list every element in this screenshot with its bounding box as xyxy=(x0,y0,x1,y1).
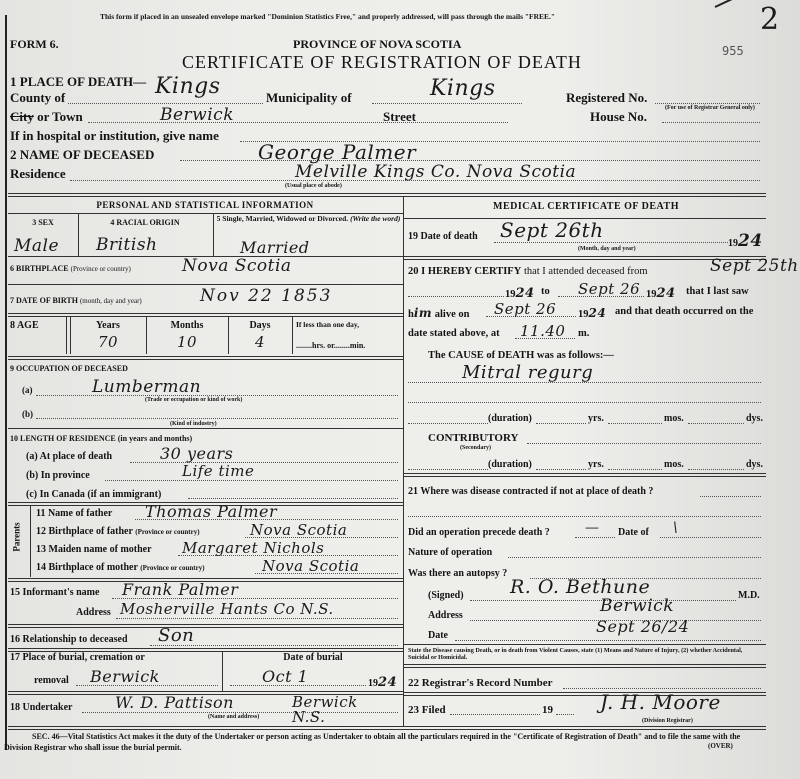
undertaker-address-field[interactable]: Berwick N.S. xyxy=(292,695,382,725)
mos-label-2: mos. xyxy=(664,459,684,470)
medical-section-title: MEDICAL CERTIFICATE OF DEATH xyxy=(406,201,766,212)
occupation-trade-field[interactable]: Lumberman xyxy=(92,377,201,397)
municipality-field[interactable]: Kings xyxy=(430,76,496,101)
registered-no-field[interactable] xyxy=(655,103,760,104)
less-than-day-label: If less than one day, xyxy=(296,320,359,329)
county-label: County of xyxy=(10,90,65,106)
mother-maiden-field[interactable]: Margaret Nichols xyxy=(182,539,324,557)
attended-to-field[interactable]: Sept 26 xyxy=(578,280,640,298)
mother-maiden-label: 13 Maiden name of mother xyxy=(36,544,152,555)
birthplace-field[interactable]: Nova Scotia xyxy=(182,256,292,276)
occupation-b-note: (Kind of industry) xyxy=(170,421,217,427)
occupation-a-note: (Trade or occupation or kind of work) xyxy=(145,397,242,403)
contributory-duration-years-field[interactable] xyxy=(536,469,586,470)
county-field[interactable]: Kings xyxy=(155,74,221,99)
months-label: Months xyxy=(148,320,226,331)
mos-label-1: mos. xyxy=(664,413,684,424)
age-months-field[interactable]: 10 xyxy=(148,333,226,351)
record-number-field[interactable] xyxy=(563,688,761,689)
marital-status-label: 5 Single, Married, Widowed or Divorced. … xyxy=(216,214,401,223)
burial-year-field[interactable]: 1924 xyxy=(368,675,397,690)
physician-address-field[interactable]: Berwick xyxy=(600,596,674,616)
residence-length-label: 10 LENGTH OF RESIDENCE (in years and mon… xyxy=(10,434,192,443)
registered-no-label: Registered No. xyxy=(566,90,647,106)
sec46-notice: SEC. 46—Vital Statistics Act makes it th… xyxy=(4,731,764,753)
operation-label: Did an operation precede death ? xyxy=(408,527,550,538)
parents-side-label: Parents xyxy=(12,522,22,551)
page-title: CERTIFICATE OF REGISTRATION OF DEATH xyxy=(182,52,582,73)
cause-duration-months-field[interactable] xyxy=(608,423,662,424)
cause-duration-days-field[interactable] xyxy=(688,423,744,424)
burial-place-label: 17 Place of burial, cremation or xyxy=(10,652,145,663)
removal-label: removal xyxy=(34,675,69,686)
duration-label-2: (duration) xyxy=(488,459,532,470)
occupation-industry-field[interactable] xyxy=(36,418,398,419)
contributory-note: (Secondary) xyxy=(460,445,491,451)
relationship-field[interactable]: Son xyxy=(158,625,194,646)
occurred-label: and that death occurred on the xyxy=(615,306,753,317)
death-certificate: This form if placed in an unsealed envel… xyxy=(0,0,800,779)
undertaker-label: 18 Undertaker xyxy=(10,702,73,713)
burial-place-field[interactable]: Berwick xyxy=(90,667,160,686)
over-label: (OVER) xyxy=(708,742,733,750)
in-province-label: (b) In province xyxy=(26,470,90,481)
mother-birthplace-field[interactable]: Nova Scotia xyxy=(262,557,359,575)
racial-origin-label: 4 RACIAL ORIGIN xyxy=(80,218,210,227)
father-name-field[interactable]: Thomas Palmer xyxy=(145,502,277,521)
physician-address-label: Address xyxy=(428,610,463,621)
signed-label: (Signed) xyxy=(428,590,464,601)
dob-field[interactable]: Nov 22 1853 xyxy=(200,286,332,306)
age-days-field[interactable]: 4 xyxy=(230,333,290,351)
date-of-death-label: 19 Date of death xyxy=(408,231,478,242)
physician-signature-field[interactable]: R. O. Bethune xyxy=(510,576,650,598)
him-label: him alive on xyxy=(408,306,469,320)
filed-label: 23 Filed xyxy=(408,704,446,716)
m-label: m. xyxy=(578,328,589,339)
informant-name-label: 15 Informant's name xyxy=(10,587,99,598)
at-place-label: (a) At place of death xyxy=(26,451,112,462)
dys-label-2: dys. xyxy=(746,459,763,470)
in-canada-field[interactable] xyxy=(188,498,398,499)
burial-date-field[interactable]: Oct 1 xyxy=(262,667,308,686)
cause-duration-years-field[interactable] xyxy=(536,423,586,424)
sex-field[interactable]: Male xyxy=(14,236,59,256)
occupation-label: 9 OCCUPATION OF DECEASED xyxy=(10,364,128,373)
years-label: Years xyxy=(72,320,144,331)
alive-on-year-field[interactable]: 1924 xyxy=(578,306,606,320)
filed-year-prefix: 19 xyxy=(542,704,553,716)
alive-on-field[interactable]: Sept 26 xyxy=(494,300,556,318)
municipality-label: Municipality of xyxy=(266,90,352,106)
mother-birthplace-label: 14 Birthplace of mother (Province or cou… xyxy=(36,562,205,573)
relationship-label: 16 Relationship to deceased xyxy=(10,634,128,645)
name-field[interactable]: George Palmer xyxy=(258,140,416,164)
street-label: Street xyxy=(383,109,416,125)
left-border xyxy=(5,15,7,750)
hrs-min-field[interactable]: ........hrs. or........min. xyxy=(296,341,365,350)
operation-date-label: Date of xyxy=(618,527,649,538)
marital-status-field[interactable]: Married xyxy=(240,238,310,257)
house-no-field[interactable] xyxy=(662,122,760,123)
attended-from-field[interactable]: Sept 25th xyxy=(710,256,799,276)
form-number: FORM 6. xyxy=(10,37,59,52)
record-number-label: 22 Registrar's Record Number xyxy=(408,677,553,689)
burial-date-label: Date of burial xyxy=(224,652,402,663)
in-canada-label: (c) In Canada (if an immigrant) xyxy=(26,489,161,500)
filed-year-field[interactable] xyxy=(556,714,574,715)
physician-date-field[interactable]: Sept 26/24 xyxy=(596,617,689,636)
name-label: 2 NAME OF DECEASED xyxy=(10,147,154,163)
age-label: 8 AGE xyxy=(10,320,39,331)
city-label: City or Town xyxy=(10,109,83,125)
date-of-death-note: (Month, day and year) xyxy=(578,246,636,252)
province-heading: PROVINCE OF NOVA SCOTIA xyxy=(293,37,461,52)
racial-origin-field[interactable]: British xyxy=(96,235,158,255)
md-label: M.D. xyxy=(738,590,760,601)
father-birthplace-field[interactable]: Nova Scotia xyxy=(250,521,347,539)
handwritten-mark: 2 xyxy=(760,2,780,37)
contracted-field[interactable] xyxy=(408,516,761,517)
dob-label: 7 DATE OF BIRTH (month, day and year) xyxy=(10,296,142,305)
birthplace-label: 6 BIRTHPLACE (Province or country) xyxy=(10,264,131,273)
undertaker-name-field[interactable]: W. D. Pattison xyxy=(115,693,234,712)
house-no-label: House No. xyxy=(590,109,647,125)
residence-field[interactable]: Melville Kings Co. Nova Scotia xyxy=(295,162,576,182)
contributory-duration-months-field[interactable] xyxy=(608,469,662,470)
time-of-death-field[interactable]: 11.40 xyxy=(520,322,565,340)
personal-section-title: PERSONAL AND STATISTICAL INFORMATION xyxy=(10,200,400,210)
residence-note: (Usual place of abode) xyxy=(285,183,342,189)
registrar-signature-field[interactable]: J. H. Moore xyxy=(600,690,721,714)
informant-name-field[interactable]: Frank Palmer xyxy=(122,580,238,599)
contracted-label: 21 Where was disease contracted if not a… xyxy=(408,486,653,497)
yrs-label-1: yrs. xyxy=(588,413,604,424)
physician-date-label: Date xyxy=(428,630,448,641)
yrs-label-2: yrs. xyxy=(588,459,604,470)
contributory-duration-days-field[interactable] xyxy=(688,469,744,470)
arrow-mark xyxy=(715,0,793,8)
informant-address-label: Address xyxy=(76,607,111,618)
father-name-label: 11 Name of father xyxy=(36,508,112,519)
occupation-b-label: (b) xyxy=(22,409,33,419)
stamp-number: 955 xyxy=(722,44,744,58)
informant-address-field[interactable]: Mosherville Hants Co N.S. xyxy=(120,600,334,618)
cause-of-death-field[interactable]: Mitral regurg xyxy=(462,362,593,383)
nature-label: Nature of operation xyxy=(408,547,492,558)
autopsy-label: Was there an autopsy ? xyxy=(408,568,507,579)
last-saw-label: that I last saw xyxy=(686,286,749,297)
filed-date-field[interactable] xyxy=(450,714,540,715)
registered-no-note: (For use of Registrar General only) xyxy=(665,105,755,111)
operation-field[interactable]: — xyxy=(585,520,600,536)
certify-label: 20 I HEREBY CERTIFY that I attended dece… xyxy=(408,266,648,277)
place-of-death-label: 1 PLACE OF DEATH— xyxy=(10,74,146,90)
in-province-field[interactable]: Life time xyxy=(182,462,254,480)
undertaker-note: (Name and address) xyxy=(208,714,259,720)
registrar-note: (Division Registrar) xyxy=(642,718,693,724)
date-of-death-field[interactable]: Sept 26th xyxy=(500,218,604,242)
cause-label: The CAUSE of DEATH was as follows:— xyxy=(428,350,614,361)
contributory-field[interactable] xyxy=(527,443,761,444)
hospital-label: If in hospital or institution, give name xyxy=(10,128,219,144)
cause-instruction: State the Disease causing Death, or in d… xyxy=(408,647,763,661)
city-field[interactable]: Berwick xyxy=(160,105,234,125)
date-stated-label: date stated above, at xyxy=(408,328,500,339)
days-label: Days xyxy=(230,320,290,331)
attended-to-year-field[interactable]: 1924 xyxy=(646,286,676,301)
contributory-label: CONTRIBUTORY xyxy=(428,432,518,444)
father-birthplace-label: 12 Birthplace of father (Province or cou… xyxy=(36,526,200,537)
date-of-death-year-field[interactable]: 1924 xyxy=(728,231,763,251)
age-years-field[interactable]: 70 xyxy=(72,333,144,351)
attended-from-year-field[interactable]: 1924 xyxy=(505,286,535,301)
postal-notice: This form if placed in an unsealed envel… xyxy=(100,12,555,21)
operation-date-field[interactable]: \ xyxy=(673,520,678,536)
residence-label: Residence xyxy=(10,166,66,182)
duration-label-1: (duration) xyxy=(488,413,532,424)
occupation-a-label: (a) xyxy=(22,385,33,395)
dys-label-1: dys. xyxy=(746,413,763,424)
sex-label: 3 SEX xyxy=(10,218,76,227)
nature-field[interactable] xyxy=(508,557,761,558)
at-place-field[interactable]: 30 years xyxy=(160,444,233,463)
to-label: to xyxy=(541,286,550,297)
